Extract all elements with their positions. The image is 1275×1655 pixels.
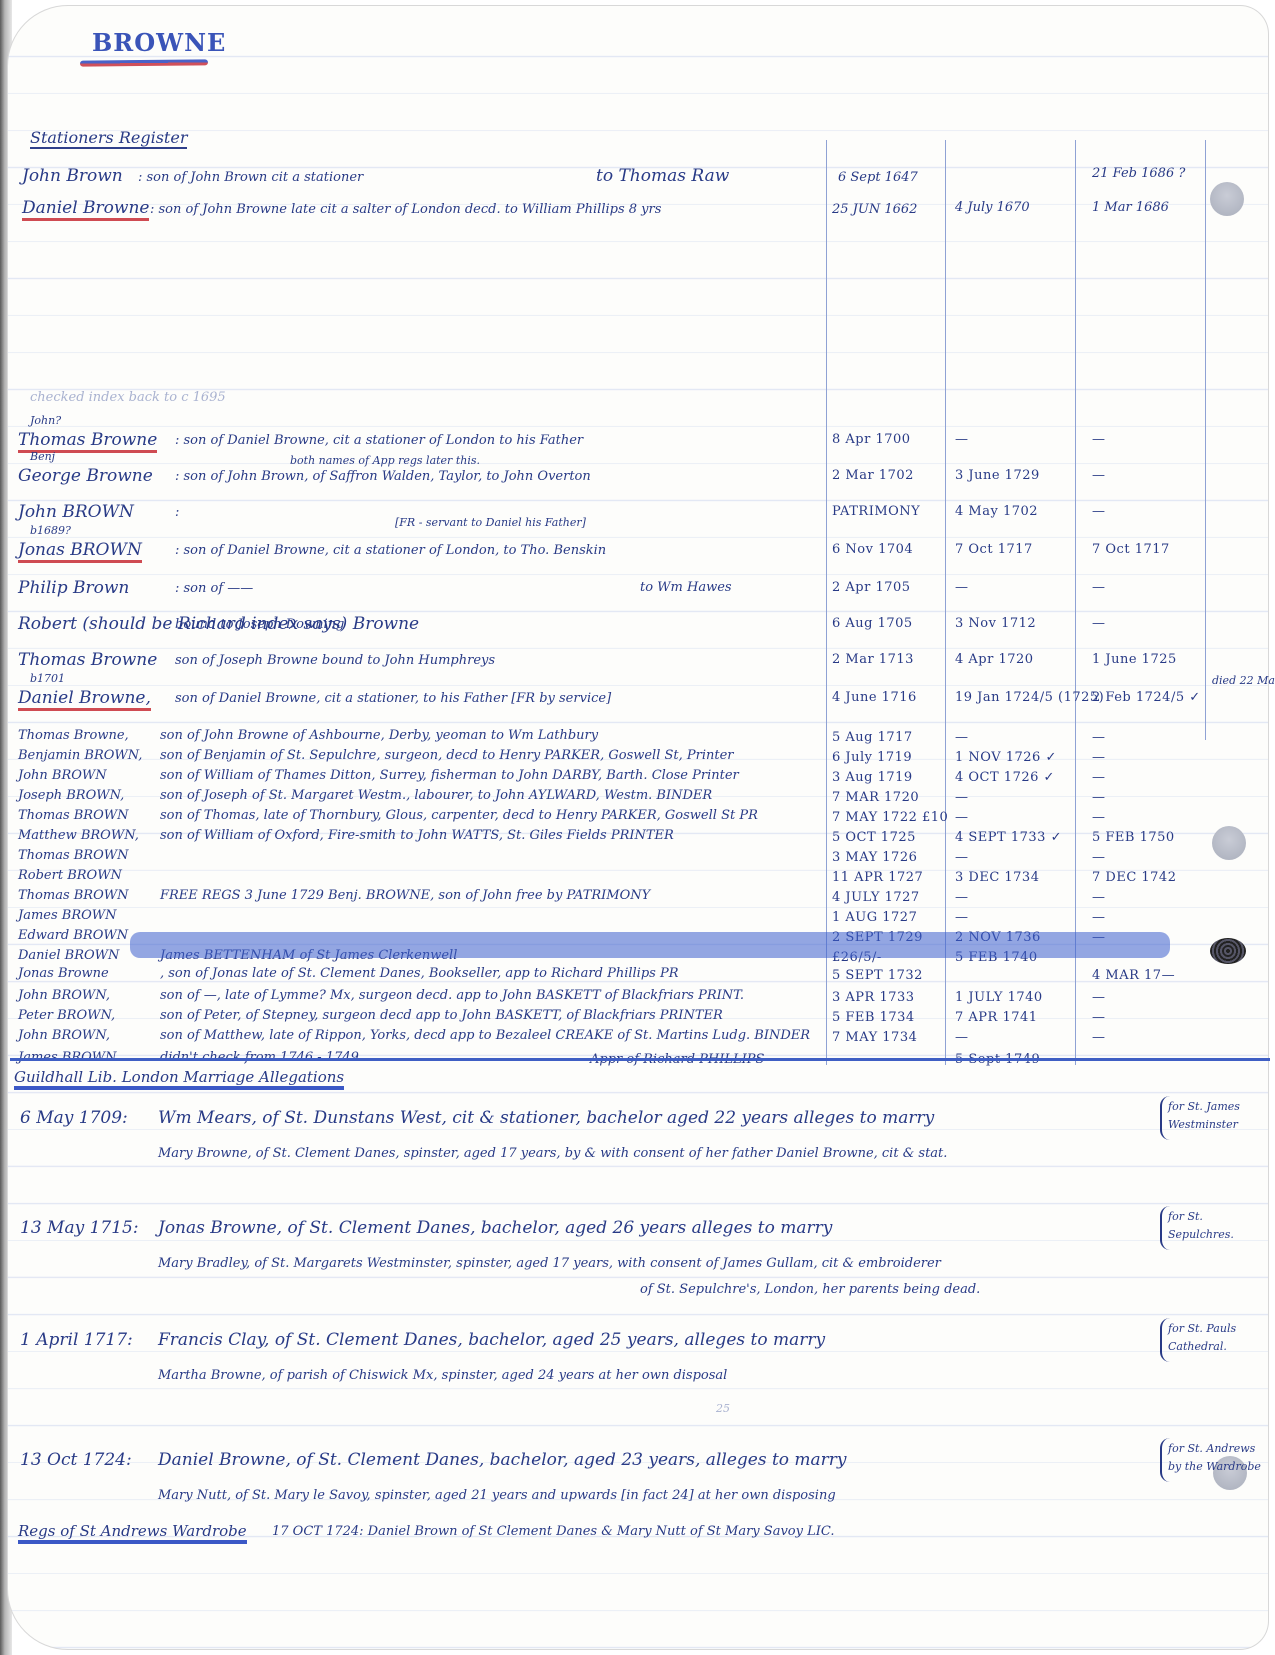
entry-name: Edward BROWN (18, 928, 128, 943)
entry-name: John BROWN (18, 502, 134, 522)
entry-name: Thomas BROWN (18, 848, 129, 863)
allegation-date: 13 May 1715: (20, 1218, 139, 1238)
date-third: 2 Feb 1724/5 ✓ (1092, 690, 1201, 705)
faint-note: checked index back to c 1695 (30, 390, 226, 405)
entry-desc: son of William of Thames Ditton, Surrey,… (160, 768, 739, 783)
date-third: — (1092, 990, 1106, 1005)
entry-desc: son of Peter, of Stepney, surgeon decd a… (160, 1008, 723, 1023)
date-third: — (1092, 468, 1106, 483)
date-freed: 4 May 1702 (955, 504, 1038, 519)
date-bound: PATRIMONY (832, 504, 920, 519)
date-bound: 7 MAR 1720 (832, 790, 919, 805)
date-bound: 5 OCT 1725 (832, 830, 916, 845)
date-bound: 5 FEB 1734 (832, 1010, 915, 1025)
column-divider (1205, 140, 1206, 740)
entry-desc: bound to Joseph Downing (175, 617, 344, 632)
date-bound: 4 June 1716 (832, 690, 917, 705)
allegation-groom: Wm Mears, of St. Dunstans West, cit & st… (158, 1108, 934, 1128)
entry-name: Matthew BROWN, (18, 828, 139, 843)
date-freed: — (955, 1030, 969, 1045)
date-bound: 3 Aug 1719 (832, 770, 913, 785)
date-bound: 6 Aug 1705 (832, 616, 913, 631)
allegation-bride: Mary Bradley, of St. Margarets Westminst… (158, 1256, 941, 1271)
section-divider (10, 1058, 1270, 1061)
entry-name: Daniel BROWN (18, 948, 119, 963)
entry-name: Thomas Browne, (18, 728, 129, 743)
date-bound: 6 Nov 1704 (832, 542, 913, 557)
date-freed: — (955, 730, 969, 745)
date-freed: 7 APR 1741 (955, 1010, 1038, 1025)
entry-master: to Thomas Raw (596, 166, 729, 186)
date-third: — (1092, 616, 1106, 631)
date-freed: — (955, 432, 969, 447)
date-freed: 1 NOV 1726 ✓ (955, 750, 1057, 765)
entry-annotation: Benj (30, 450, 55, 463)
date-bound: 8 Apr 1700 (832, 432, 911, 447)
date-third: 21 Feb 1686 ? (1092, 166, 1185, 181)
date-third: 1 June 1725 (1092, 652, 1177, 667)
entry-desc: son of William of Oxford, Fire-smith to … (160, 828, 674, 843)
entry-desc: : son of —— (175, 581, 253, 596)
date-bound: 7 MAY 1734 (832, 1030, 917, 1045)
allegation-groom: Daniel Browne, of St. Clement Danes, bac… (158, 1450, 847, 1470)
entry-desc: son of Joseph Browne bound to John Humph… (175, 653, 495, 668)
date-bound: 5 Aug 1717 (832, 730, 913, 745)
entry-name: Benjamin BROWN, (18, 748, 142, 763)
date-third: 1 Mar 1686 (1092, 200, 1169, 215)
allegation-bride: Martha Browne, of parish of Chiswick Mx,… (158, 1368, 727, 1383)
bracket-mark (1160, 1096, 1170, 1140)
entry-desc: son of Thomas, late of Thornbury, Glous,… (160, 808, 758, 823)
entry-name: Philip Brown (18, 578, 129, 598)
allegation-parish: by the Wardrobe (1168, 1460, 1261, 1473)
entry-annotation: John? (30, 414, 61, 427)
regs-text: 17 OCT 1724: Daniel Brown of St Clement … (272, 1524, 834, 1539)
date-bound: 2 Mar 1713 (832, 652, 914, 667)
allegation-continuation: of St. Sepulchre's, London, her parents … (640, 1282, 980, 1297)
date-bound: 1 AUG 1727 (832, 910, 917, 925)
date-third: — (1092, 850, 1106, 865)
date-third: 7 DEC 1742 (1092, 870, 1176, 885)
punch-hole (1210, 182, 1244, 216)
allegation-groom: Jonas Browne, of St. Clement Danes, bach… (158, 1218, 832, 1238)
strikethrough-mark (130, 932, 1170, 958)
entry-desc: son of Joseph of St. Margaret Westm., la… (160, 788, 712, 803)
date-third: — (1092, 890, 1106, 905)
date-freed: — (955, 910, 969, 925)
entry-name: Thomas Browne (18, 650, 157, 670)
allegation-bride: Mary Nutt, of St. Mary le Savoy, spinste… (158, 1488, 836, 1503)
bracket-mark (1160, 1438, 1170, 1482)
entry-name: Thomas BROWN (18, 888, 129, 903)
date-third: — (1092, 770, 1106, 785)
allegation-groom: Francis Clay, of St. Clement Danes, bach… (158, 1330, 825, 1350)
date-freed: 4 SEPT 1733 ✓ (955, 830, 1062, 845)
entry-name: John Brown (22, 166, 123, 186)
date-freed: 3 Nov 1712 (955, 616, 1036, 631)
entry-name: James BROWN (18, 908, 117, 923)
bracket-mark (1160, 1206, 1170, 1250)
column-divider (826, 140, 827, 1065)
date-third: — (1092, 790, 1106, 805)
scribble-mark (1210, 938, 1246, 964)
date-bound: 5 SEPT 1732 (832, 968, 923, 983)
allegation-parish: Westminster (1168, 1118, 1238, 1131)
date-freed: 4 July 1670 (955, 200, 1030, 215)
column-divider (1075, 140, 1076, 1065)
date-third: 7 Oct 1717 (1092, 542, 1170, 557)
entry-desc: : son of John Brown, of Saffron Walden, … (175, 469, 591, 484)
allegation-parish: for St. Andrews (1168, 1442, 1255, 1455)
date-freed: — (955, 580, 969, 595)
entry-name: Peter BROWN, (18, 1008, 115, 1023)
punch-hole (1212, 826, 1246, 860)
allegation-parish: Cathedral. (1168, 1340, 1227, 1353)
entry-desc: : son of Daniel Browne, cit a stationer … (175, 433, 583, 448)
date-bound: 4 JULY 1727 (832, 890, 920, 905)
entry-master: to Wm Hawes (640, 580, 732, 595)
entry-annotation: b1689? (30, 524, 71, 537)
date-bound: 6 Sept 1647 (838, 170, 918, 185)
allegation-parish: for St. (1168, 1210, 1203, 1223)
entry-name: Jonas BROWN (18, 540, 142, 563)
entry-note: both names of App regs later this. (290, 454, 480, 467)
entry-desc: son of John Browne of Ashbourne, Derby, … (160, 728, 598, 743)
entry-note: [FR - servant to Daniel his Father] (395, 516, 586, 529)
date-bound: 2 Mar 1702 (832, 468, 914, 483)
entry-name: Thomas BROWN (18, 808, 129, 823)
allegation-parish: for St. James (1168, 1100, 1240, 1113)
entry-desc: son of Benjamin of St. Sepulchre, surgeo… (160, 748, 734, 763)
allegations-heading: Guildhall Lib. London Marriage Allegatio… (14, 1068, 344, 1090)
date-freed: 3 June 1729 (955, 468, 1040, 483)
entry-name: George Browne (18, 466, 153, 486)
entry-name: Jonas Browne (18, 966, 109, 981)
entry-desc: : (175, 505, 179, 520)
entry-name: John BROWN, (18, 1028, 110, 1043)
entry-desc: FREE REGS 3 June 1729 Benj. BROWNE, son … (160, 888, 650, 903)
allegation-date: 1 April 1717: (20, 1330, 133, 1350)
entry-desc: son of Matthew, late of Rippon, Yorks, d… (160, 1028, 810, 1043)
entry-desc: , son of Jonas late of St. Clement Danes… (160, 966, 679, 981)
allegation-bride: Mary Browne, of St. Clement Danes, spins… (158, 1146, 947, 1161)
entry-name: Daniel Browne (22, 198, 149, 221)
allegation-date: 13 Oct 1724: (20, 1450, 132, 1470)
column-divider (945, 140, 946, 1065)
entry-name: Daniel Browne, (18, 688, 151, 711)
regs-label: Regs of St Andrews Wardrobe (18, 1522, 247, 1544)
date-bound: 7 MAY 1722 £10 (832, 810, 948, 825)
date-freed: 4 OCT 1726 ✓ (955, 770, 1055, 785)
date-third: 4 MAR 17— (1092, 968, 1175, 983)
date-freed: 1 JULY 1740 (955, 990, 1043, 1005)
allegation-parish: Sepulchres. (1168, 1228, 1234, 1241)
date-third: — (1092, 750, 1106, 765)
date-bound: 3 APR 1733 (832, 990, 915, 1005)
entry-name: Joseph BROWN, (18, 788, 124, 803)
date-third: — (1092, 580, 1106, 595)
entry-desc: : son of John Browne late cit a salter o… (150, 202, 661, 217)
date-bound: 6 July 1719 (832, 750, 912, 765)
entry-desc: : son of John Brown cit a stationer (138, 170, 363, 185)
date-bound: 3 MAY 1726 (832, 850, 917, 865)
date-third: — (1092, 730, 1106, 745)
entry-desc: son of —, late of Lymme? Mx, surgeon dec… (160, 988, 744, 1003)
date-freed: — (955, 890, 969, 905)
page-title: BROWNE (92, 28, 226, 57)
date-freed: 7 Oct 1717 (955, 542, 1033, 557)
date-freed: — (955, 850, 969, 865)
date-bound: 11 APR 1727 (832, 870, 923, 885)
date-freed: 3 DEC 1734 (955, 870, 1039, 885)
entry-name: John BROWN (18, 768, 107, 783)
date-freed: — (955, 810, 969, 825)
side-note: died 22 Mar 1762 (1212, 674, 1275, 687)
stationers-heading: Stationers Register (30, 128, 187, 149)
date-third: — (1092, 810, 1106, 825)
allegation-date: 6 May 1709: (20, 1108, 128, 1128)
date-third: — (1092, 1030, 1106, 1045)
date-bound: 25 JUN 1662 (832, 202, 917, 217)
entry-annotation: b1701 (30, 672, 65, 685)
date-freed: — (955, 790, 969, 805)
date-third: — (1092, 432, 1106, 447)
entry-desc: son of Daniel Browne, cit a stationer, t… (175, 691, 611, 706)
entry-name: Robert BROWN (18, 868, 122, 883)
date-third: — (1092, 910, 1106, 925)
date-third: — (1092, 1010, 1106, 1025)
entry-name: John BROWN, (18, 988, 110, 1003)
date-freed: 19 Jan 1724/5 (1725) (955, 690, 1104, 705)
date-freed: 4 Apr 1720 (955, 652, 1034, 667)
date-bound: 2 Apr 1705 (832, 580, 911, 595)
bracket-mark (1160, 1318, 1170, 1362)
entry-desc: : son of Daniel Browne, cit a stationer … (175, 543, 606, 558)
page-number: 25 (716, 1402, 730, 1415)
date-third: 5 FEB 1750 (1092, 830, 1175, 845)
allegation-parish: for St. Pauls (1168, 1322, 1236, 1335)
date-third: — (1092, 504, 1106, 519)
